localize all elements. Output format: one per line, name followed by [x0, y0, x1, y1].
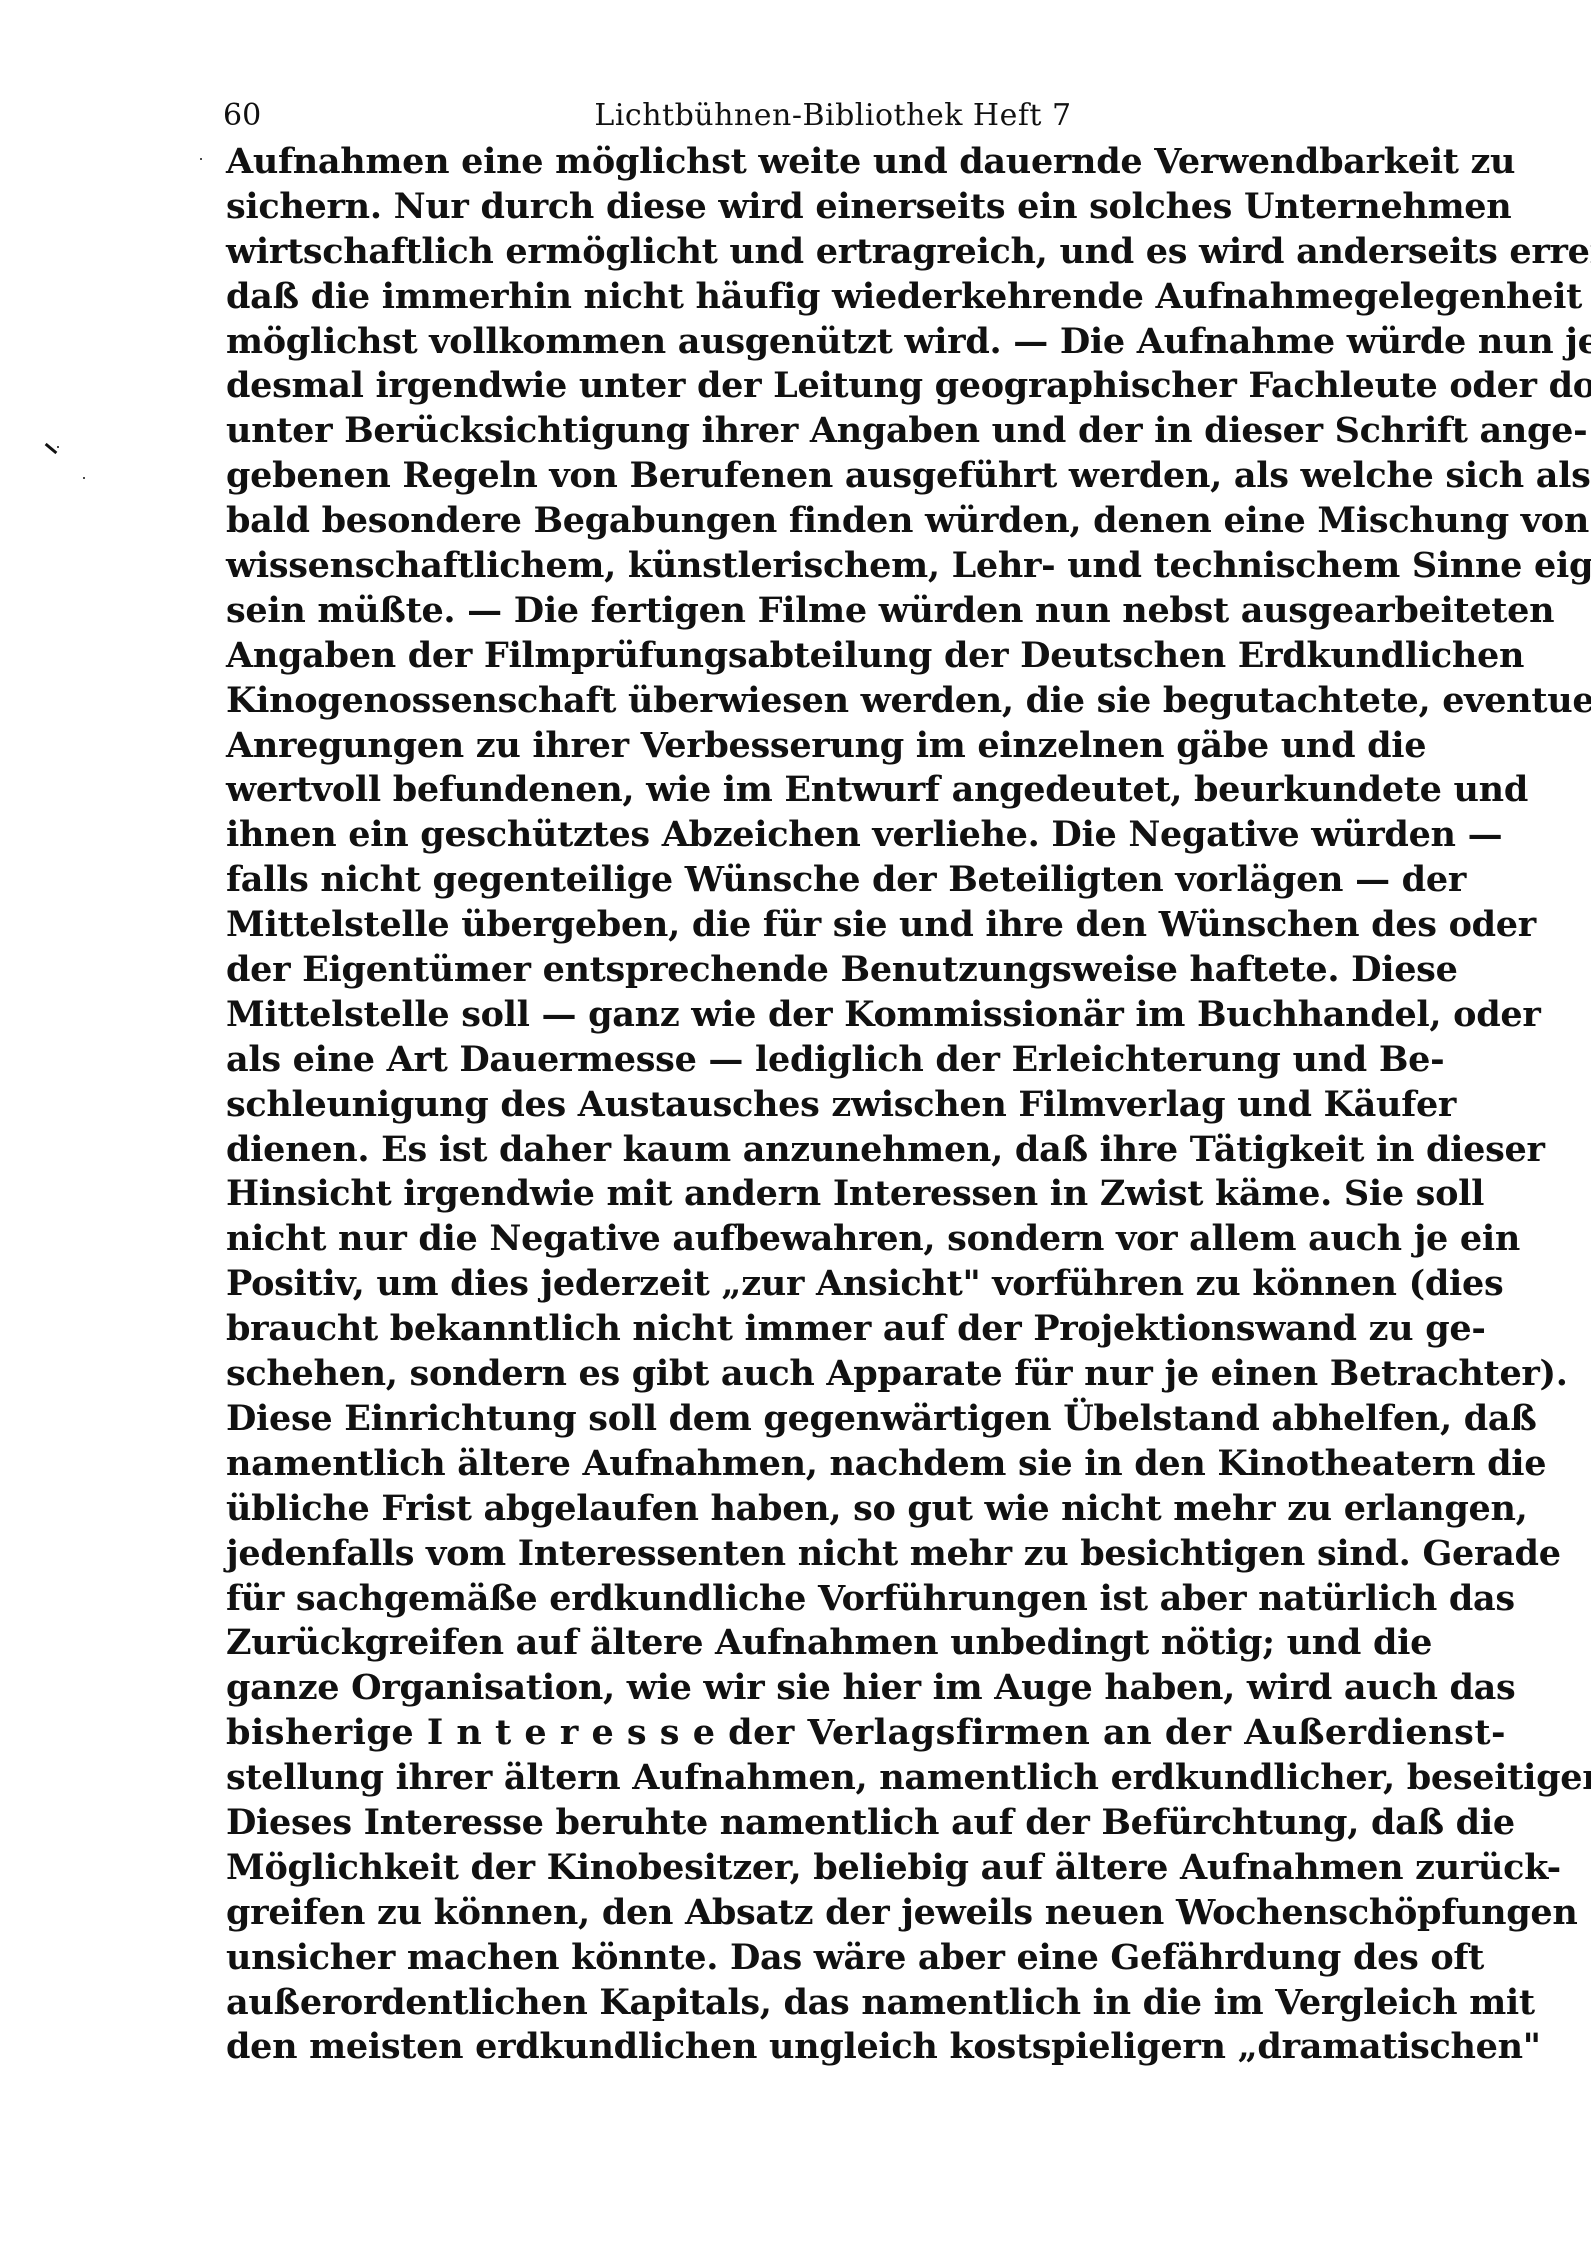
text-line: Mittelstelle übergeben, die für sie und … — [226, 903, 1402, 948]
text-line: greifen zu können, den Absatz der jeweil… — [226, 1891, 1402, 1936]
text-line: als eine Art Dauermesse — lediglich der … — [226, 1038, 1402, 1083]
text-line: braucht bekanntlich nicht immer auf der … — [226, 1307, 1402, 1352]
text-line: bald besondere Begabungen finden würden,… — [226, 499, 1402, 544]
text-line: jedenfalls vom Interessenten nicht mehr … — [226, 1532, 1402, 1577]
text-line: außerordentlichen Kapitals, das namentli… — [226, 1981, 1402, 2026]
text-line: übliche Frist abgelaufen haben, so gut w… — [226, 1487, 1402, 1532]
text-line: wissenschaftlichem, künstlerischem, Lehr… — [226, 544, 1402, 589]
text-line: ganze Organisation, wie wir sie hier im … — [226, 1666, 1402, 1711]
text-line: desmal irgendwie unter der Leitung geogr… — [226, 364, 1402, 409]
margin-stray-dot — [200, 158, 202, 160]
text-line: Anregungen zu ihrer Verbesserung im einz… — [226, 724, 1402, 769]
margin-stray-dot — [57, 446, 59, 448]
text-line: ihnen ein geschütztes Abzeichen verliehe… — [226, 813, 1402, 858]
text-line: Kinogenossenschaft überwiesen werden, di… — [226, 679, 1402, 724]
text-line: daß die immerhin nicht häufig wiederkehr… — [226, 275, 1402, 320]
text-line: Möglichkeit der Kinobesitzer, beliebig a… — [226, 1846, 1402, 1891]
book-page: 60 Lichtbühnen-Bibliothek Heft 7 Aufnahm… — [0, 0, 1591, 2249]
text-line: gebenen Regeln von Berufenen ausgeführt … — [226, 454, 1402, 499]
text-line: schleunigung des Austausches zwischen Fi… — [226, 1083, 1402, 1128]
text-line: Dieses Interesse beruhte namentlich auf … — [226, 1801, 1402, 1846]
text-line: Positiv, um dies jederzeit „zur Ansicht"… — [226, 1262, 1402, 1307]
text-line: möglichst vollkommen ausgenützt wird. — … — [226, 320, 1402, 365]
text-line: der Eigentümer entsprechende Benutzungsw… — [226, 948, 1402, 993]
text-line: Mittelstelle soll — ganz wie der Kommiss… — [226, 993, 1402, 1038]
margin-stray-dot — [83, 477, 85, 479]
text-line: stellung ihrer ältern Aufnahmen, namentl… — [226, 1756, 1402, 1801]
text-line: Diese Einrichtung soll dem gegenwärtigen… — [226, 1397, 1402, 1442]
text-line: wertvoll befundenen, wie im Entwurf ange… — [226, 768, 1402, 813]
running-head: 60 Lichtbühnen-Bibliothek Heft 7 — [223, 96, 1403, 136]
running-title: Lichtbühnen-Bibliothek Heft 7 — [223, 96, 1403, 136]
text-line: unter Berücksichtigung ihrer Angaben und… — [226, 409, 1402, 454]
text-line: sichern. Nur durch diese wird einerseits… — [226, 185, 1402, 230]
text-line: unsicher machen könnte. Das wäre aber ei… — [226, 1936, 1402, 1981]
text-line: Zurückgreifen auf ältere Aufnahmen unbed… — [226, 1621, 1402, 1666]
text-line: Angaben der Filmprüfungsabteilung der De… — [226, 634, 1402, 679]
body-text: Aufnahmen eine möglichst weite und dauer… — [226, 140, 1402, 2070]
text-line: namentlich ältere Aufnahmen, nachdem sie… — [226, 1442, 1402, 1487]
text-line: Aufnahmen eine möglichst weite und dauer… — [226, 140, 1402, 185]
text-line: falls nicht gegenteilige Wünsche der Bet… — [226, 858, 1402, 903]
margin-stray-mark — [45, 443, 58, 454]
text-line: dienen. Es ist daher kaum anzunehmen, da… — [226, 1128, 1402, 1173]
text-line: Hinsicht irgendwie mit andern Interessen… — [226, 1172, 1402, 1217]
text-line: für sachgemäße erdkundliche Vorführungen… — [226, 1577, 1402, 1622]
text-line: bisherige I n t e r e s s e der Verlagsf… — [226, 1711, 1402, 1756]
text-line: nicht nur die Negative aufbewahren, sond… — [226, 1217, 1402, 1262]
text-line: wirtschaftlich ermöglicht und ertragreic… — [226, 230, 1402, 275]
text-line: sein müßte. — Die fertigen Filme würden … — [226, 589, 1402, 634]
text-line: schehen, sondern es gibt auch Apparate f… — [226, 1352, 1402, 1397]
text-line: den meisten erdkundlichen ungleich kosts… — [226, 2025, 1402, 2070]
